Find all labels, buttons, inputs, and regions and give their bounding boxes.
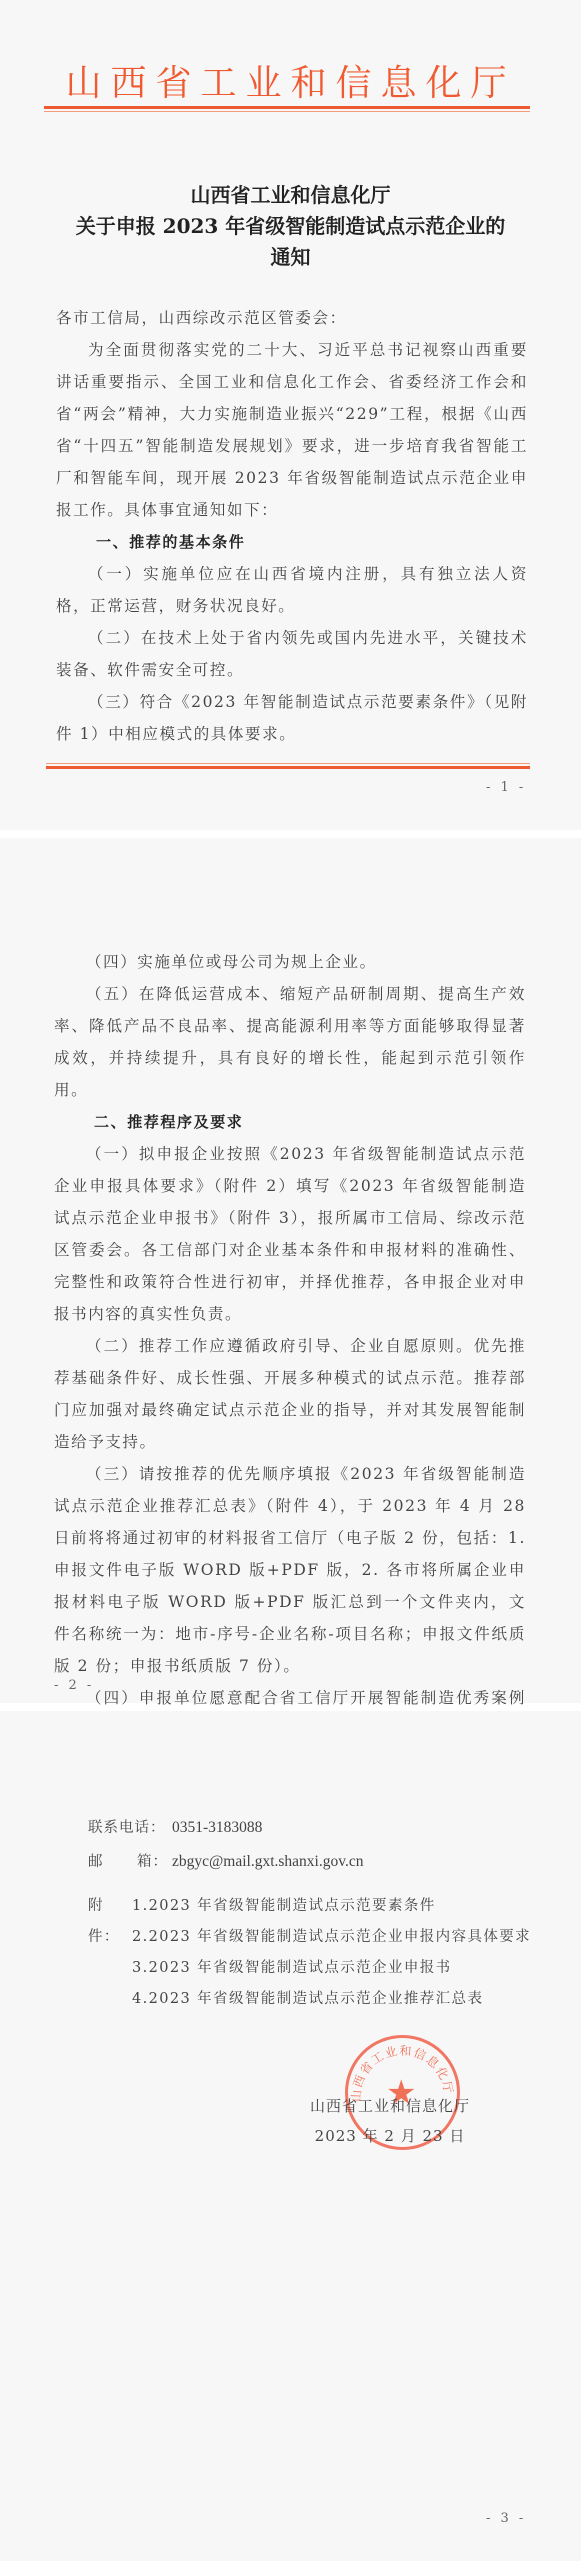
document-page-1: 山西省工业和信息化厅 山西省工业和信息化厅 关于申报 2023 年省级智能制造试… [0, 0, 581, 830]
letterhead-rule-thick [44, 106, 530, 109]
email-value: zbgyc@mail.gxt.shanxi.gov.cn [172, 1845, 363, 1879]
section-1-heading: 一、推荐的基本条件 [56, 526, 528, 558]
s1-item-3: （三）符合《2023 年智能制造试点示范要素条件》（见附件 1）中相应模式的具体… [56, 686, 528, 750]
s2-item-2: （二）推荐工作应遵循政府引导、企业自愿原则。优先推荐基础条件好、成长性强、开展多… [54, 1330, 526, 1458]
email-label-b: 箱： [137, 1845, 168, 1879]
title-line-3: 通知 [0, 242, 581, 273]
page-2-body: （四）实施单位或母公司为规上企业。 （五）在降低运营成本、缩短产品研制周期、提高… [54, 946, 526, 1810]
title-line-2: 关于申报 2023 年省级智能制造试点示范企业的 [0, 211, 581, 242]
page-number-3: - 3 - [486, 2511, 526, 2526]
title-line-1: 山西省工业和信息化厅 [0, 180, 581, 211]
phone-value: 0351-3183088 [172, 1811, 262, 1845]
document-page-3: 联系电话： 0351-3183088 邮 箱： zbgyc@mail.gxt.s… [0, 1711, 581, 2561]
page-gap [0, 830, 581, 838]
footer-rule-thin [46, 763, 530, 764]
email-label-a: 邮 [88, 1845, 104, 1879]
attachments-label: 附件： [88, 1891, 132, 2015]
signature-block: 山西省工业和信息化厅 2023 年 2 月 23 日 [310, 2091, 470, 2151]
attachment-items: 1.2023 年省级智能制造试点示范要素条件 2.2023 年省级智能制造试点示… [132, 1891, 531, 2015]
page-number-2: - 2 - [54, 1678, 94, 1693]
signature-org: 山西省工业和信息化厅 [310, 2091, 470, 2121]
phone-row: 联系电话： 0351-3183088 [88, 1811, 363, 1845]
document-page-2: （四）实施单位或母公司为规上企业。 （五）在降低运营成本、缩短产品研制周期、提高… [0, 838, 581, 1703]
section-2-heading: 二、推荐程序及要求 [54, 1106, 526, 1138]
s1-item-5: （五）在降低运营成本、缩短产品研制周期、提高生产效率、降低产品不良品率、提高能源… [54, 978, 526, 1106]
salutation: 各市工信局，山西综改示范区管委会： [56, 302, 528, 334]
attachments-row: 附件： 1.2023 年省级智能制造试点示范要素条件 2.2023 年省级智能制… [88, 1891, 531, 2015]
signature-date: 2023 年 2 月 23 日 [310, 2121, 470, 2151]
email-row: 邮 箱： zbgyc@mail.gxt.shanxi.gov.cn [88, 1845, 363, 1879]
s1-item-1: （一）实施单位应在山西省境内注册，具有独立法人资格，正常运营，财务状况良好。 [56, 558, 528, 622]
issuer-letterhead: 山西省工业和信息化厅 [0, 62, 581, 106]
attachment-item-3: 3.2023 年省级智能制造试点示范企业申报书 [132, 1953, 531, 1984]
page-1-body: 各市工信局，山西综改示范区管委会： 为全面贯彻落实党的二十大、习近平总书记视察山… [56, 302, 528, 750]
s2-item-3: （三）请按推荐的优先顺序填报《2023 年省级智能制造试点示范企业推荐汇总表》（… [54, 1458, 526, 1682]
contact-block: 联系电话： 0351-3183088 邮 箱： zbgyc@mail.gxt.s… [88, 1811, 363, 1879]
s1-item-4: （四）实施单位或母公司为规上企业。 [54, 946, 526, 978]
s1-item-2: （二）在技术上处于省内领先或国内先进水平，关键技术装备、软件需安全可控。 [56, 622, 528, 686]
intro-paragraph: 为全面贯彻落实党的二十大、习近平总书记视察山西重要讲话重要指示、全国工业和信息化… [56, 334, 528, 526]
footer-rule-thick [46, 766, 530, 769]
phone-label: 联系电话： [88, 1811, 168, 1845]
attachment-item-2: 2.2023 年省级智能制造试点示范企业申报内容具体要求 [132, 1922, 531, 1953]
page-number-1: - 1 - [486, 780, 526, 795]
letterhead-rule-thin [44, 111, 530, 112]
attachments-list: 附件： 1.2023 年省级智能制造试点示范要素条件 2.2023 年省级智能制… [88, 1891, 531, 2015]
attachment-item-1: 1.2023 年省级智能制造试点示范要素条件 [132, 1891, 531, 1922]
email-label: 邮 箱： [88, 1845, 168, 1879]
attachment-item-4: 4.2023 年省级智能制造试点示范企业推荐汇总表 [132, 1984, 531, 2015]
document-title: 山西省工业和信息化厅 关于申报 2023 年省级智能制造试点示范企业的 通知 [0, 180, 581, 273]
s2-item-1: （一）拟申报企业按照《2023 年省级智能制造试点示范企业申报具体要求》（附件 … [54, 1138, 526, 1330]
